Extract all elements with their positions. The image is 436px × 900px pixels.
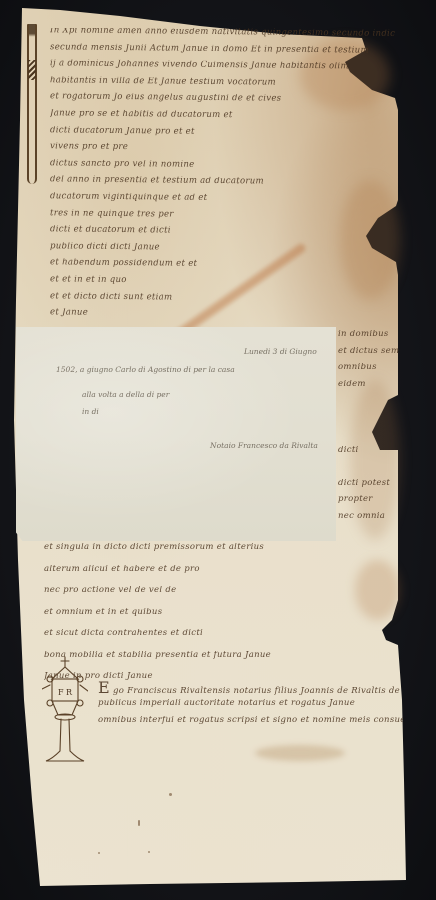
- text-line: propter: [338, 495, 400, 512]
- paper-slip: Lunedi 3 di Giugno 1502, a giugno Carlo …: [16, 327, 336, 541]
- scan-stage: In Xpi nomine amen anno eiusdem nativita…: [0, 0, 436, 900]
- text-line: eidem: [338, 380, 400, 397]
- speck: [169, 793, 172, 796]
- text-line: [338, 429, 400, 446]
- text-line: et dictus sem: [338, 347, 400, 364]
- text-line: omnibus: [338, 363, 400, 380]
- slip-signature: Notaio Francesco da Rivalta: [210, 441, 318, 450]
- speck: [148, 851, 150, 853]
- slip-header: Lunedi 3 di Giugno: [244, 347, 317, 356]
- notary-subscription: Ego Franciscus Rivaltensis notarius fili…: [98, 680, 403, 733]
- text-line: publicus imperiali auctoritate notarius …: [98, 699, 403, 716]
- text-line: omnibus interfui et rogatus scripsi et s…: [98, 716, 403, 733]
- text-line: Ego Franciscus Rivaltensis notarius fili…: [98, 680, 403, 699]
- text-line: dicti potest: [338, 479, 400, 496]
- slip-line: alla volta a della di per: [82, 390, 169, 399]
- ruling-decoration: [27, 24, 37, 184]
- text-line: dicti: [338, 446, 400, 463]
- initial-letter: E: [98, 680, 110, 697]
- text-line: et sicut dicta contrahentes et dicti: [44, 629, 396, 651]
- margin-text-block: in domibus et dictus sem omnibus eidem d…: [338, 330, 400, 528]
- text-line: et omnium et in et quibus: [44, 608, 396, 630]
- text-line: in domibus: [338, 330, 400, 347]
- text-line: [338, 396, 400, 413]
- text-line: alterum alicui et habere et de pro: [44, 565, 396, 587]
- slip-line: 1502, a giugno Carlo di Agostino di per …: [56, 365, 235, 374]
- speck: [98, 852, 100, 854]
- text-line: [338, 462, 400, 479]
- main-text-block: In Xpi nomine amen anno eiusdem nativita…: [50, 28, 395, 327]
- text-line: bona mobilia et stabilia presentia et fu…: [44, 651, 396, 673]
- text-line: nec omnia: [338, 512, 400, 529]
- slip-line: in di: [82, 407, 99, 416]
- speck: [138, 820, 140, 826]
- lower-text-block: et singula in dicto dicti premissorum et…: [44, 543, 396, 694]
- text-line: et singula in dicto dicti premissorum et…: [44, 543, 396, 565]
- text-line: et Janue: [50, 308, 395, 326]
- svg-text:F R: F R: [58, 688, 73, 697]
- text-line: [338, 413, 400, 430]
- notary-signum-icon: F R: [42, 655, 88, 767]
- text-line: nec pro actione vel de vel de: [44, 586, 396, 608]
